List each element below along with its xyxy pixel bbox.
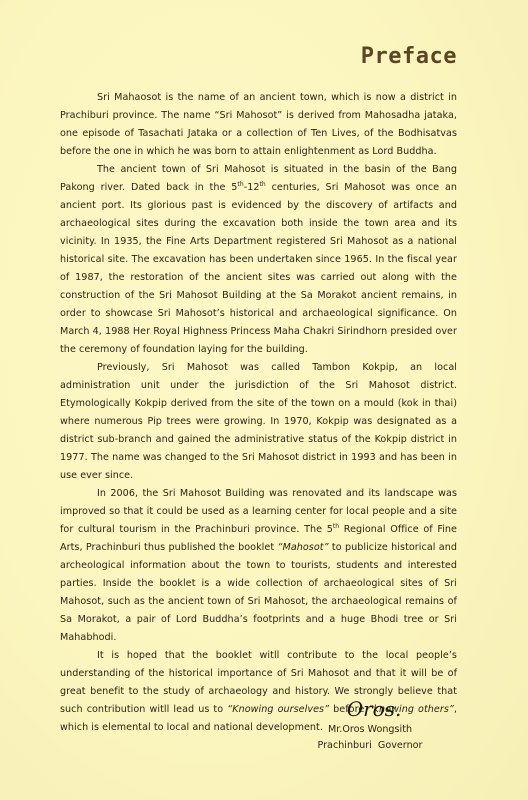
paragraph-1: Sri Mahaosot is the name of an ancient t… (60, 89, 457, 161)
paragraph-3: Previously, Sri Mahosot was called Tambo… (60, 359, 457, 485)
signature-block: Oros. Mr.Oros Wongsith Prachinburi Gover… (300, 696, 440, 754)
signatory-name: Mr.Oros Wongsith (300, 722, 440, 738)
page-title: Preface (361, 44, 457, 69)
paragraph-4: In 2006, the Sri Mahosot Building was re… (60, 485, 457, 647)
signatory-position: Prachinburi Governor (300, 738, 440, 754)
handwritten-signature: Oros. (308, 696, 440, 722)
paragraph-2: The ancient town of Sri Mahosot is situa… (60, 161, 457, 359)
preface-body: Sri Mahaosot is the name of an ancient t… (60, 89, 457, 737)
